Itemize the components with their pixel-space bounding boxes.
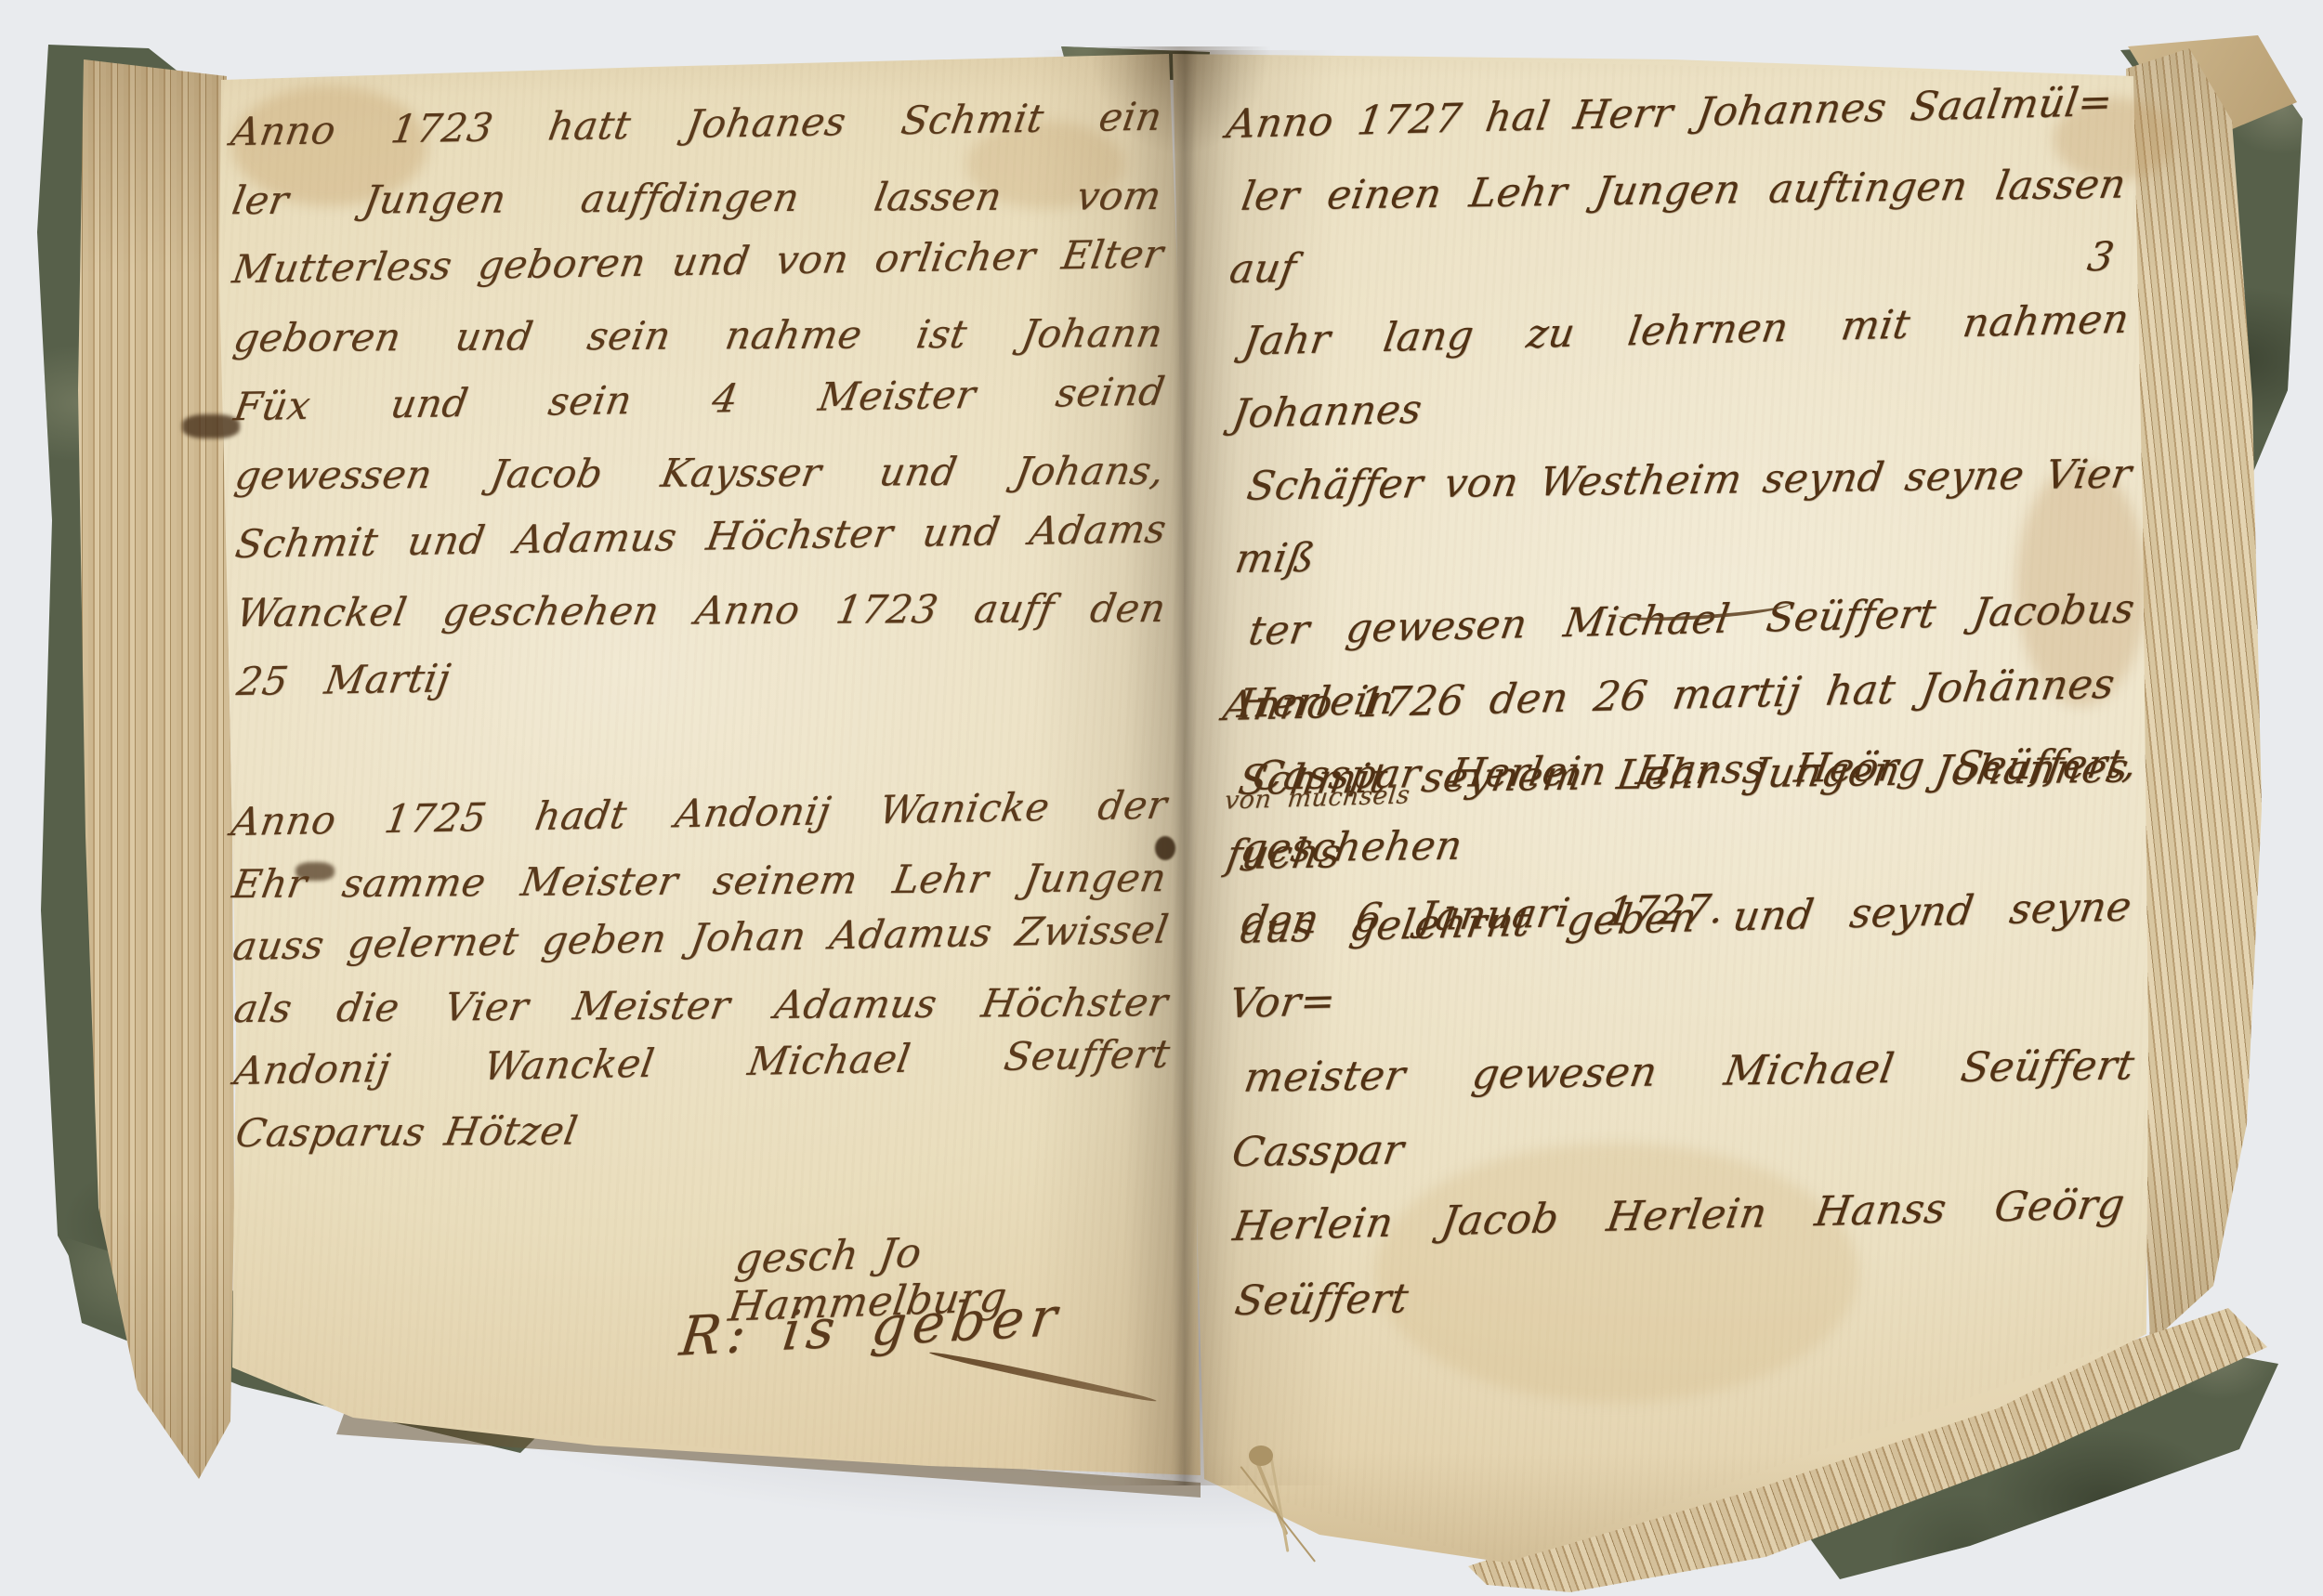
- manuscript-line: Jahr lang zu lehrnen mit nahmen Johannes: [1227, 283, 2134, 451]
- manuscript-line: Anno 1723 hatt Johanes Schmit ein: [226, 83, 1167, 167]
- binding-thread-knot: [1249, 1446, 1273, 1466]
- entry-1726: Anno 1726 den 26 martij hat Johännes Sch…: [1216, 653, 2120, 1339]
- manuscript-line: Schmit seynem Lehr Jungen Johannes fuchs: [1221, 731, 2134, 893]
- manuscript-line: Seüffert: [1229, 1252, 2131, 1340]
- manuscript-line: meister gewesen Michael Seüffert Casspar: [1227, 1028, 2140, 1190]
- manuscript-line: Schäffer von Westheim seynd seyne Vier m…: [1230, 438, 2137, 595]
- manuscript-line: aus gelehrnt geben und seynd seyne Vor=: [1224, 870, 2137, 1041]
- manuscript-line: Mutterless geboren und von orlicher Elte…: [228, 220, 1169, 305]
- manuscript-line: Füx und sein 4 Meister seind: [229, 358, 1170, 442]
- manuscript-line: ler einen Lehr Jungen auftingen lassen a…: [1225, 148, 2132, 306]
- manuscript-line: Schmit und Adamus Höchster und Adams: [230, 495, 1172, 580]
- entry-1725: Anno 1725 hadt Andonij Wanicke der Ehr s…: [227, 779, 1165, 1164]
- entry-1723: Anno 1723 hatt Johanes Schmit ein ler Ju…: [226, 88, 1161, 716]
- gutter-top-shadow: [1059, 46, 1301, 288]
- manuscript-photo: Anno 1723 hatt Johanes Schmit ein ler Ju…: [0, 0, 2323, 1596]
